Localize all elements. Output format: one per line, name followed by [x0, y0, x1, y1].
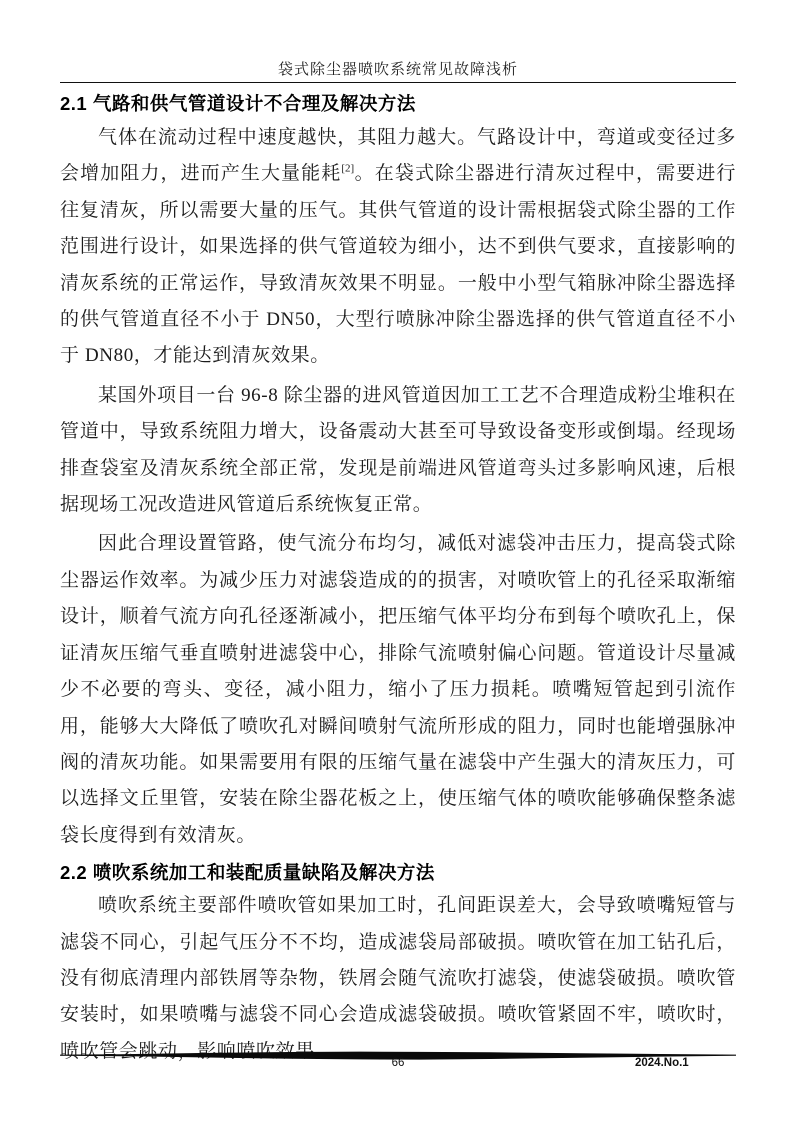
- header-rule: [60, 82, 736, 83]
- issue-label: 2024.No.1: [635, 1057, 689, 1069]
- paragraph-4: 喷吹系统主要部件喷吹管如果加工时，孔间距误差大，会导致喷嘴短管与滤袋不同心，引起…: [60, 888, 736, 1070]
- paragraph-3: 因此合理设置管路，使气流分布均匀，减低对滤袋冲击压力，提高袋式除尘器运作效率。为…: [60, 526, 736, 854]
- footer: 66 2024.No.1: [60, 1057, 736, 1075]
- document-page: { "doc": { "running_title": "袋式除尘器喷吹系统常见…: [0, 0, 793, 1122]
- citation-superscript: [2]: [341, 163, 354, 175]
- paragraph-2: 某国外项目一台 96-8 除尘器的进风管道因加工工艺不合理造成粉尘堆积在管道中，…: [60, 378, 736, 524]
- section-heading-2-2: 2.2 喷吹系统加工和装配质量缺陷及解决方法: [60, 859, 736, 885]
- section-heading-2-1: 2.1 气路和供气管道设计不合理及解决方法: [60, 90, 736, 116]
- running-title: 袋式除尘器喷吹系统常见故障浅析: [60, 0, 736, 79]
- page-content: 袋式除尘器喷吹系统常见故障浅析 2.1 气路和供气管道设计不合理及解决方法 气体…: [60, 0, 736, 1070]
- footer-rule: [60, 1047, 736, 1056]
- paragraph-1: 气体在流动过程中速度越快，其阻力越大。气路设计中，弯道或变径过多会增加阻力，进而…: [60, 120, 736, 375]
- paragraph-1-text-cont: 。在袋式除尘器进行清灰过程中，需要进行往复清灰，所以需要大量的压气。其供气管道的…: [60, 163, 736, 366]
